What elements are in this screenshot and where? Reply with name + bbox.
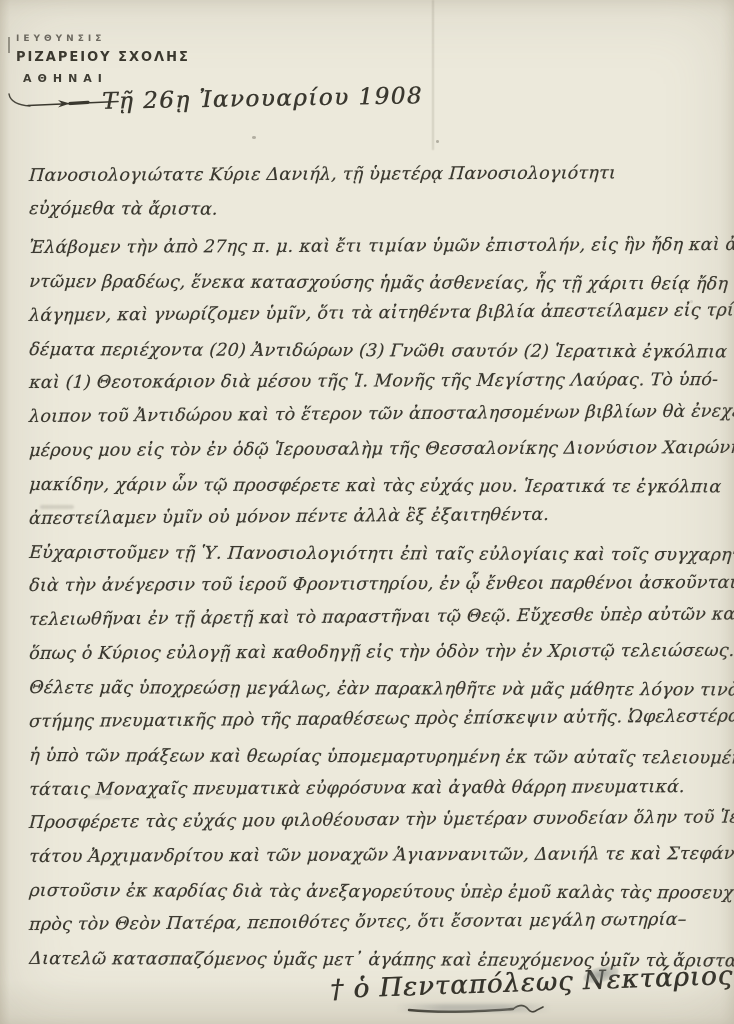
body-line: Προσφέρετε τὰς εὐχάς μου φιλοθέουσαν τὴν…	[28, 802, 730, 841]
body-line: λοιπον τοῦ Ἀντιδώρου καὶ τὸ ἕτερον τῶν ἀ…	[28, 396, 730, 435]
paper-speck	[252, 136, 256, 139]
paper-speck	[436, 140, 439, 143]
paper-smudge	[396, 1004, 551, 1012]
body-line: πρὸς τὸν Θεὸν Πατέρα, πεποιθότες ὄντες, …	[28, 903, 730, 942]
scan-crop-mark	[8, 37, 10, 53]
paper-fold-crease	[432, 0, 434, 150]
body-line: τάτου Ἀρχιμανδρίτου καὶ τῶν μοναχῶν Ἁγια…	[28, 838, 730, 875]
letter-page: ΙΕΥΘΥΝΣΙΣ ΡΙΖΑΡΕΙΟΥ ΣΧΟΛΗΣ ΑΘΗΝΑΙ Τῇ 26ῃ…	[0, 0, 734, 1024]
letter-body: Ἐλάβομεν τὴν ἀπὸ 27ης π. μ. καὶ ἔτι τιμί…	[28, 232, 728, 977]
paper-speck	[40, 505, 74, 509]
letterhead-school-name: ΡΙΖΑΡΕΙΟΥ ΣΧΟΛΗΣ	[16, 50, 190, 65]
paper-speck	[86, 795, 112, 799]
salutation-line: Πανοσιολογιώτατε Κύριε Δανιήλ, τῇ ὑμετέρ…	[28, 157, 724, 193]
body-line: στήμης πνευματικῆς πρὸ τῆς παραθέσεως πρ…	[28, 700, 730, 739]
body-line: τελειωθῆναι ἐν τῇ ἀρετῇ καὶ τὸ παραστῆνα…	[28, 599, 730, 638]
letterhead-direction-label: ΙΕΥΘΥΝΣΙΣ	[16, 34, 190, 44]
body-line: λάγημεν, καὶ γνωρίζομεν ὑμῖν, ὅτι τὰ αἰτ…	[28, 294, 730, 333]
body-line: μέρους μου εἰς τὸν ἐν ὁδῷ Ἱερουσαλὴμ τῆς…	[28, 432, 730, 469]
letterhead-stamp: ΙΕΥΘΥΝΣΙΣ ΡΙΖΑΡΕΙΟΥ ΣΧΟΛΗΣ ΑΘΗΝΑΙ	[16, 34, 190, 85]
paper-speck	[690, 300, 693, 303]
letterhead-city-label: ΑΘΗΝΑΙ	[23, 72, 190, 85]
body-line: ὅπως ὁ Κύριος εὐλογῇ καὶ καθοδηγῇ εἰς τὴ…	[28, 635, 730, 672]
date-line: Τῇ 26ῃ Ἰανουαρίου 1908	[102, 83, 423, 115]
body-line: ἀπεστείλαμεν ὑμῖν οὐ μόνον πέντε ἀλλὰ ἓξ…	[28, 497, 730, 536]
body-line: Ἐλάβομεν τὴν ἀπὸ 27ης π. μ. καὶ ἔτι τιμί…	[28, 229, 730, 266]
salutation-block: Πανοσιολογιώτατε Κύριε Δανιήλ, τῇ ὑμετέρ…	[28, 160, 722, 226]
salutation-line: εὐχόμεθα τὰ ἄριστα.	[28, 193, 724, 228]
